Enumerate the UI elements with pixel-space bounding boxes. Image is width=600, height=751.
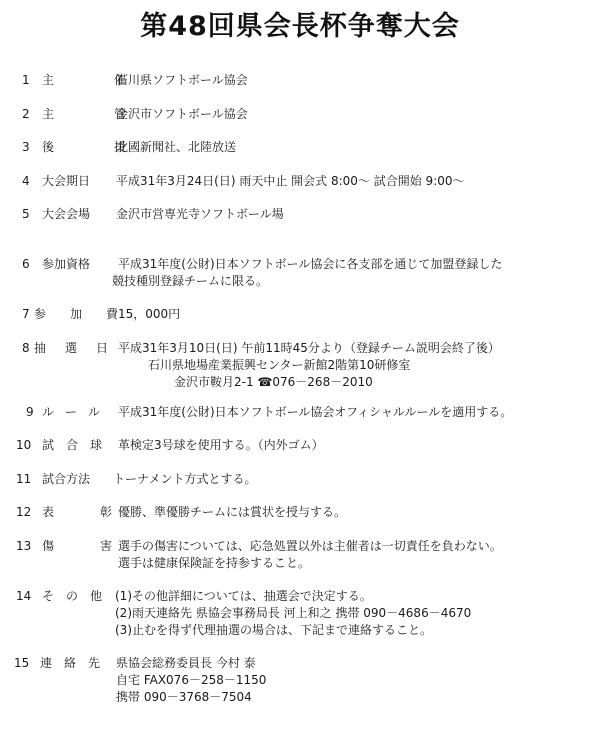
label-char: そ	[42, 588, 54, 605]
label-text: 参加資格	[42, 257, 90, 271]
address-text: 金沢市鞍月2-1	[174, 375, 254, 389]
content-line: 優勝、準優勝チームには賞状を授与する。	[118, 504, 346, 521]
content-line: 北國新聞社、北陸放送	[116, 139, 236, 156]
content-line: 競技種別登録チームに限る。	[112, 273, 502, 290]
content-line: 選手は健康保険証を持参すること。	[118, 555, 502, 572]
content-line: 県協会総務委員長 今村 泰	[116, 655, 266, 672]
label-char: 主	[42, 72, 54, 89]
item-number: 9	[26, 404, 34, 421]
item-content: 選手の傷害については、応急処置以外は主催者は一切責任を負わない。 選手は健康保険…	[118, 538, 502, 572]
item-label: 参加資格	[42, 256, 126, 273]
item-label: 主 管	[42, 106, 126, 123]
content-line: (3)止むを得ず代理抽選の場合は、下記まで連絡すること。	[115, 622, 471, 639]
item-label: 傷 害	[42, 538, 112, 555]
label-text: 大会会場	[42, 207, 90, 221]
item-content: 県協会総務委員長 今村 泰 自宅 FAX076－258－1150 携帯 090－…	[116, 655, 266, 706]
item-label: 大会会場	[42, 206, 126, 223]
content-line: 選手の傷害については、応急処置以外は主催者は一切責任を負わない。	[118, 538, 502, 555]
item-label: ル ー ル	[42, 404, 100, 421]
label-char: 主	[42, 106, 54, 123]
item-content: 平成31年度(公財)日本ソフトボール協会オフィシャルルールを適用する。	[118, 404, 512, 421]
item-label: 後 援	[42, 139, 126, 156]
content-line: 平成31年度(公財)日本ソフトボール協会オフィシャルルールを適用する。	[118, 404, 512, 421]
label-char: 彰	[100, 504, 112, 521]
item-content: 平成31年3月10日(日) 午前11時45分より（登録チーム説明会終了後） 石川…	[118, 340, 500, 391]
label-text: 試合方法	[42, 472, 90, 486]
item-number: 10	[16, 437, 31, 454]
label-char: 加	[70, 306, 82, 323]
item-content: 平成31年3月24日(日) 雨天中止 開会式 8:00～ 試合開始 9:00～	[116, 173, 465, 190]
content-line: 革検定3号球を使用する。（内外ゴム）	[118, 437, 324, 454]
item-content: 15，000円	[118, 306, 180, 323]
content-line: 石川県ソフトボール協会	[116, 72, 248, 89]
label-char: 日	[96, 340, 108, 357]
item-content: 優勝、準優勝チームには賞状を授与する。	[118, 504, 346, 521]
content-line: 金沢市営専光寺ソフトボール場	[116, 206, 284, 223]
item-number: 2	[22, 106, 30, 123]
label-char: 合	[66, 437, 78, 454]
item-label: 試 合 球	[42, 437, 102, 454]
content-line: トーナメント方式とする。	[113, 471, 257, 488]
label-text: 大会期日	[42, 174, 90, 188]
item-number: 6	[22, 256, 30, 273]
label-char: 試	[42, 437, 54, 454]
item-content: 革検定3号球を使用する。（内外ゴム）	[118, 437, 324, 454]
label-char: の	[66, 588, 78, 605]
content-line: 携帯 090－3768－7504	[116, 689, 266, 706]
item-number: 13	[16, 538, 31, 555]
content-line-address: 金沢市鞍月2-1 ☎076－268－2010	[174, 374, 500, 391]
label-char: 参	[34, 306, 46, 323]
phone-number: 076－268－2010	[272, 375, 372, 389]
item-label: 大会期日	[42, 173, 126, 190]
document-title: 第48回県会長杯争奪大会	[0, 4, 600, 43]
content-line: (1)その他詳細については、抽選会で決定する。	[115, 588, 471, 605]
item-number: 4	[22, 173, 30, 190]
item-number: 7	[22, 306, 30, 323]
item-number: 15	[14, 655, 29, 672]
item-label: 参 加 費	[34, 306, 118, 323]
label-char: 連	[40, 655, 52, 672]
item-number: 1	[22, 72, 30, 89]
content-line: 平成31年3月24日(日) 雨天中止 開会式 8:00～ 試合開始 9:00～	[116, 173, 465, 190]
item-label: 連 絡 先	[40, 655, 100, 672]
label-char: ル	[88, 404, 100, 421]
label-char: 害	[100, 538, 112, 555]
item-content: (1)その他詳細については、抽選会で決定する。 (2)雨天連絡先 県協会事務局長…	[115, 588, 471, 639]
item-number: 14	[16, 588, 31, 605]
item-content: 平成31年度(公財)日本ソフトボール協会に各支部を通じて加盟登録した 競技種別登…	[118, 256, 502, 290]
label-char: 後	[42, 139, 54, 156]
item-number: 3	[22, 139, 30, 156]
item-label: そ の 他	[42, 588, 102, 605]
item-number: 12	[16, 504, 31, 521]
item-label: 主 催	[42, 72, 126, 89]
content-line: 石川県地場産業振興センター新館2階第10研修室	[148, 357, 500, 374]
label-char: ル	[42, 404, 54, 421]
content-line: 金沢市ソフトボール協会	[116, 106, 248, 123]
label-char: 選	[65, 340, 77, 357]
label-char: 費	[106, 306, 118, 323]
label-char: 球	[90, 437, 102, 454]
content-line: 平成31年3月10日(日) 午前11時45分より（登録チーム説明会終了後）	[118, 340, 500, 357]
item-label: 抽 選 日	[34, 340, 108, 357]
content-line: 平成31年度(公財)日本ソフトボール協会に各支部を通じて加盟登録した	[118, 256, 502, 273]
item-number: 5	[22, 206, 30, 223]
label-char: 抽	[34, 340, 46, 357]
label-char: ー	[65, 404, 77, 421]
item-label: 表 彰	[42, 504, 112, 521]
label-char: 絡	[64, 655, 76, 672]
label-char: 他	[90, 588, 102, 605]
item-content: トーナメント方式とする。	[113, 471, 257, 488]
item-number: 8	[22, 340, 30, 357]
item-content: 石川県ソフトボール協会	[116, 72, 248, 89]
item-number: 11	[16, 471, 31, 488]
content-line: 15，000円	[118, 306, 180, 323]
label-char: 表	[42, 504, 54, 521]
content-line: (2)雨天連絡先 県協会事務局長 河上和之 携帯 090－4686－4670	[115, 605, 471, 622]
item-content: 金沢市営専光寺ソフトボール場	[116, 206, 284, 223]
content-line: 自宅 FAX076－258－1150	[116, 672, 266, 689]
item-content: 北國新聞社、北陸放送	[116, 139, 236, 156]
item-content: 金沢市ソフトボール協会	[116, 106, 248, 123]
telephone-icon: ☎	[257, 375, 272, 389]
label-char: 先	[88, 655, 100, 672]
label-char: 傷	[42, 538, 54, 555]
